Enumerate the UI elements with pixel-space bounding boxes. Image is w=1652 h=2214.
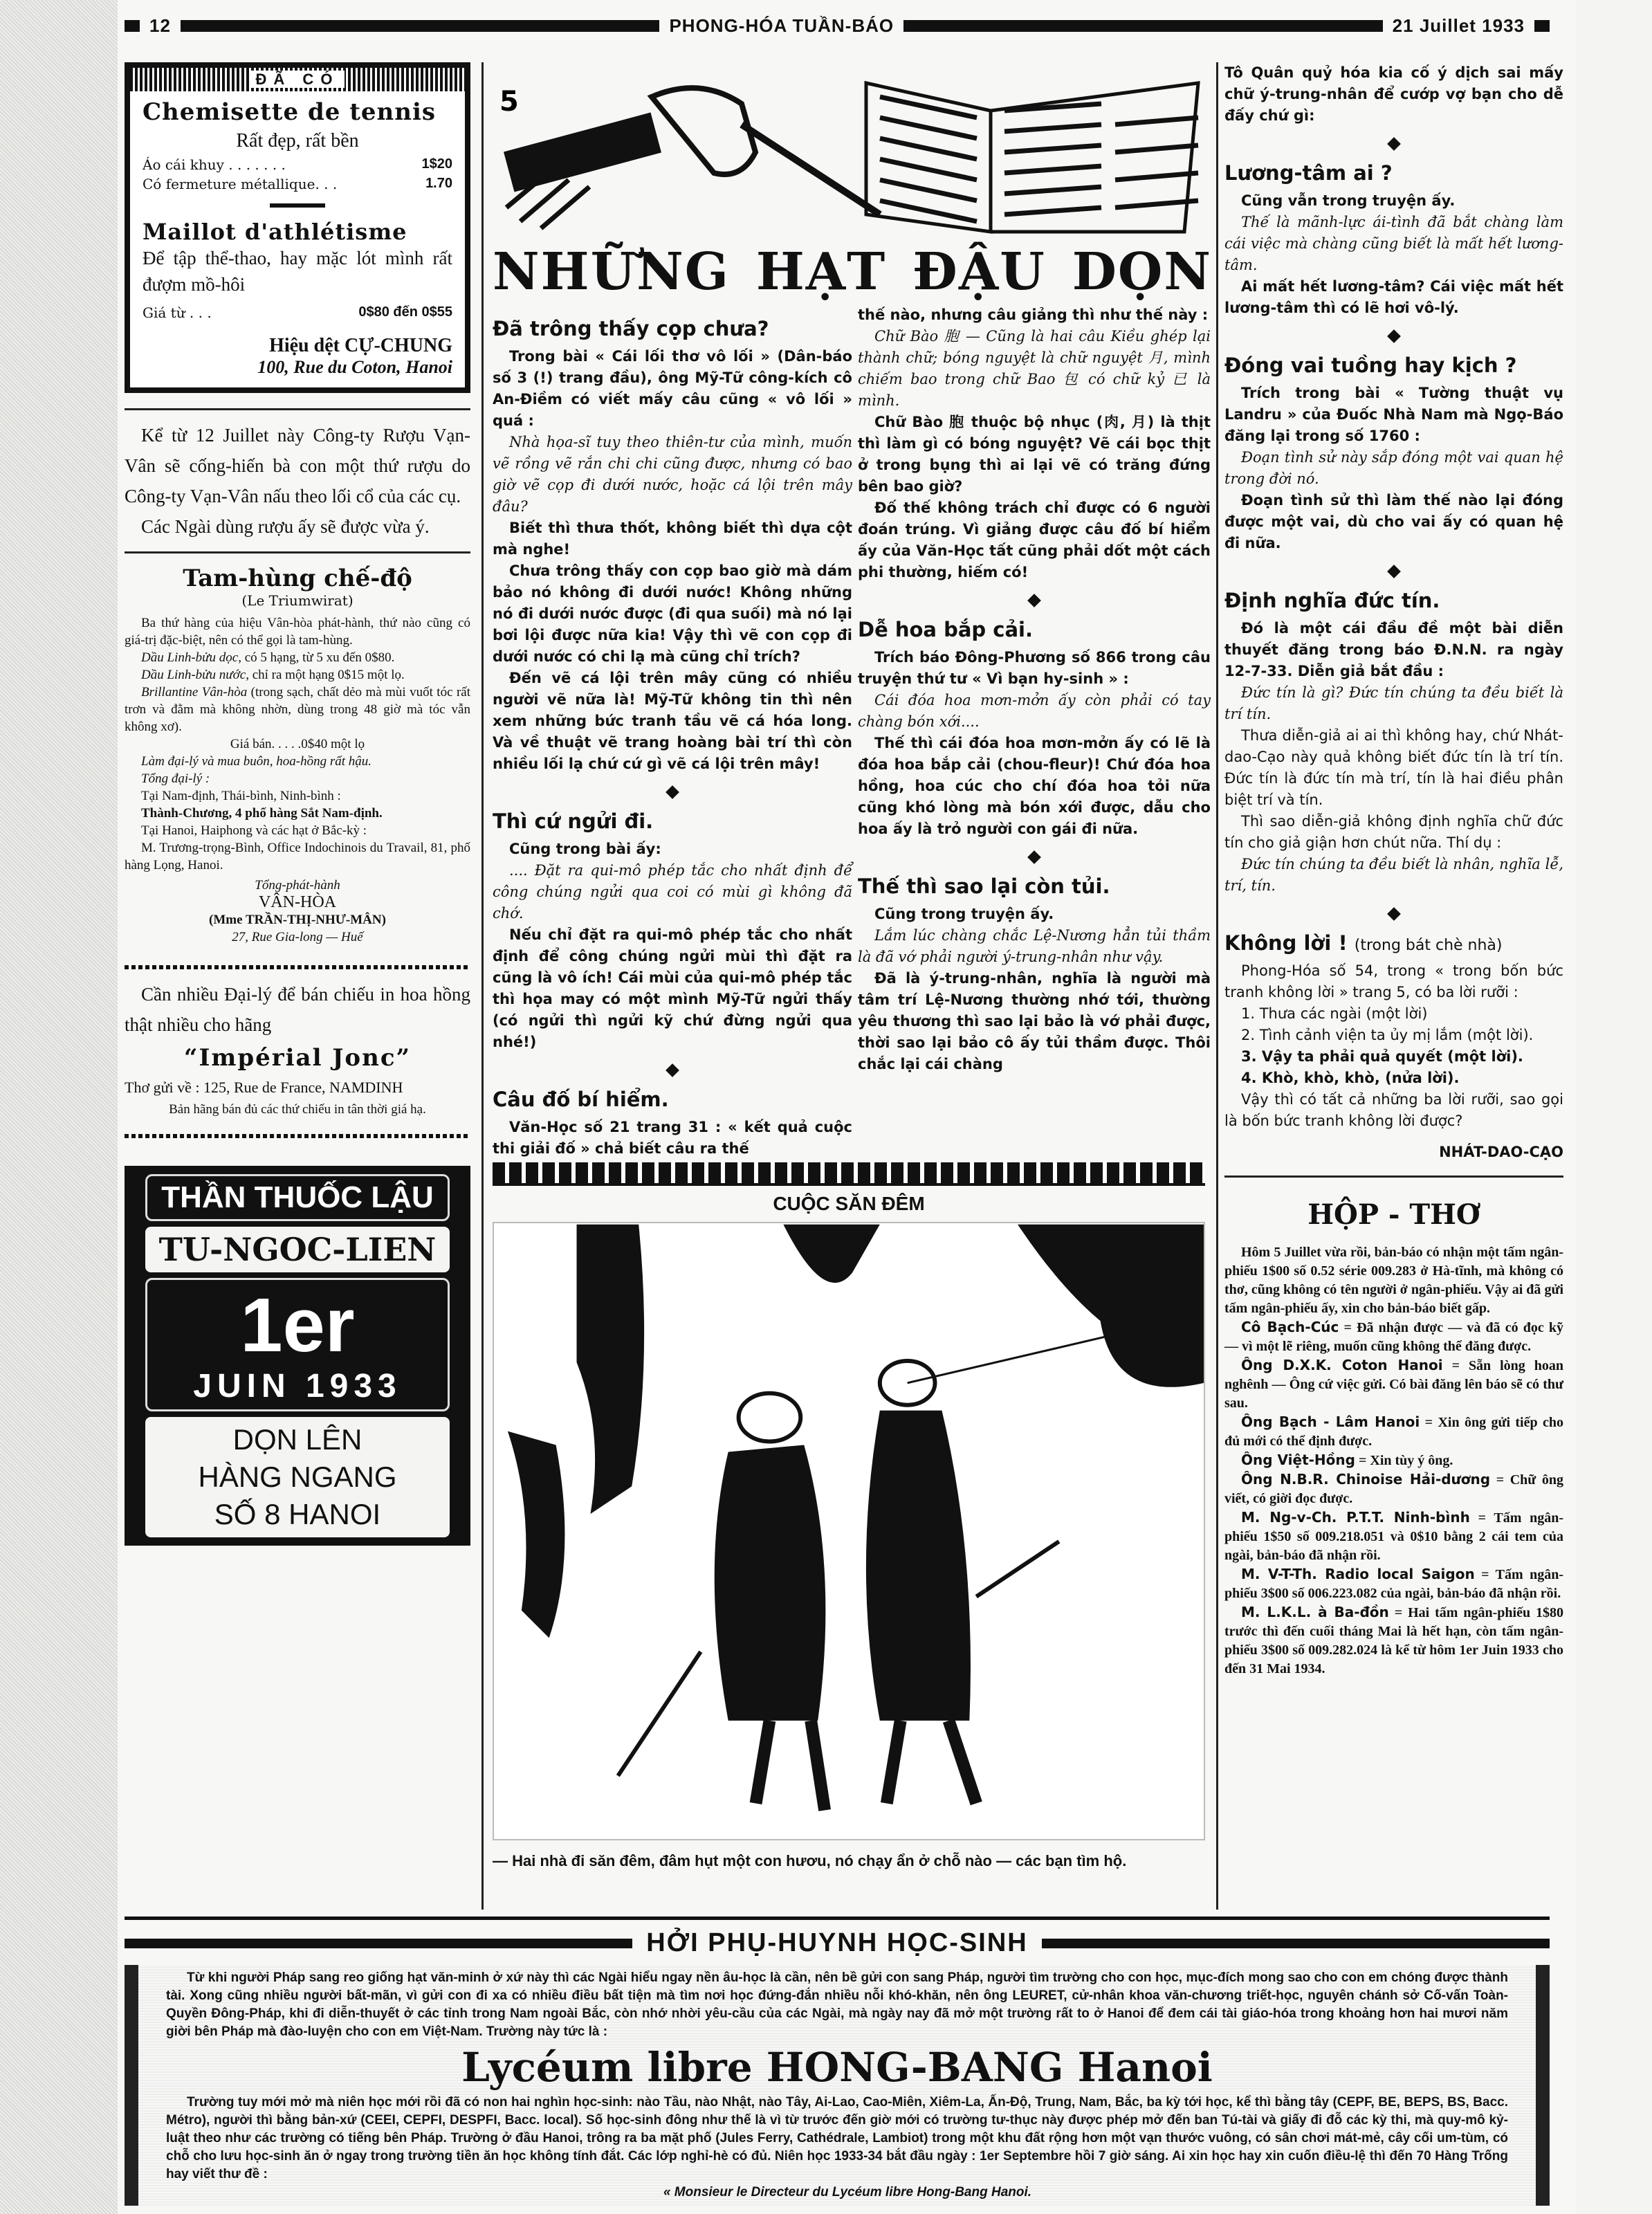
ad-details: Trường tuy mới mở mà niên học mới rồi đã… [166, 2094, 1508, 2184]
ad-subtitle: (Le Triumwirat) [125, 592, 470, 609]
divider [125, 1134, 470, 1138]
article-heading: Định nghĩa đức tín. [1224, 589, 1563, 612]
corner-mark: 5 [499, 86, 519, 118]
masthead-rule [181, 20, 660, 32]
product-chemisette: Chemisette de tennis [143, 98, 452, 126]
masthead: 12 PHONG-HÓA TUẦN-BÁO 21 Juillet 1933 [125, 15, 1550, 36]
product-item: Dầu Linh-bửu nước, chỉ ra một hạng 0$15 … [125, 666, 470, 684]
banner-illustration: 5 [493, 69, 1212, 235]
price-row: Áo cái khuy . . . . . . .1$20 [143, 156, 452, 173]
ornament-icon [1027, 850, 1041, 864]
agent: M. Trương-trọng-Bình, Office Indochinois… [125, 839, 470, 874]
publisher-owner: (Mme TRẦN-THỊ-NHƯ-MÂN) [125, 911, 470, 928]
ad-banner: ĐÃ CÓ [130, 68, 465, 91]
hop-tho-section: HỘP - THƠ Hôm 5 Juillet vừa rồi, bản-báo… [1224, 1198, 1563, 1678]
price-row: Có fermeture métallique. . .1.70 [143, 176, 452, 192]
cartoon-caption: — Hai nhà đi săn đêm, đâm hụt một con hư… [493, 1850, 1205, 1872]
agents-note: Làm đại-lý và mua buôn, hoa-hồng rất hậu… [125, 753, 470, 770]
ornament-icon [1027, 594, 1041, 607]
ad-title: Tam-hùng chế-độ [125, 565, 470, 592]
scan-margin-left [0, 0, 118, 2214]
articles-column-4: Tô Quân quỷ hóa kia cố ý dịch sai mấy ch… [1224, 62, 1563, 1678]
ad-lyceum-hong-bang: HỞI PHỤ-HUYNH HỌC-SINH Từ khi người Pháp… [125, 1916, 1550, 2214]
agent: Thành-Chương, 4 phố hàng Sắt Nam-định. [125, 805, 470, 822]
mailbox-entry: Ông D.X.K. Coton Hanoi = Sẵn lòng hoan n… [1224, 1356, 1563, 1413]
date-line: JUIN 1933 [152, 1367, 443, 1405]
ornament-icon [666, 785, 679, 799]
article-heading: Đóng vai tuồng hay kịch ? [1224, 354, 1563, 377]
publisher: VÂN-HÒA [125, 894, 470, 911]
ad-intro: Từ khi người Pháp sang reo giống hạt văn… [166, 1969, 1508, 2041]
masthead-rule [903, 20, 1383, 32]
school-name: Lycéum libre HONG-BANG Hanoi [166, 2044, 1508, 2091]
ad-tam-hung: Tam-hùng chế-độ (Le Triumwirat) Ba thứ h… [125, 565, 470, 946]
mailbox-entry: M. Ng-v-Ch. P.T.T. Ninh-bình = Tấm ngân-… [1224, 1508, 1563, 1565]
article-heading: Dễ hoa bắp cải. [858, 618, 1211, 641]
publisher-label: Tổng-phát-hành [125, 877, 470, 894]
article-heading: Lương-tâm ai ? [1224, 161, 1563, 185]
ad-title: HỞI PHỤ-HUYNH HỌC-SINH [646, 1928, 1027, 1958]
agent-area: Tại Nam-định, Thái-bình, Ninh-bình : [125, 787, 470, 805]
hunters-drawing-icon [494, 1223, 1204, 1839]
product-desc: Để tập thể-thao, hay mặc lót mình rất đư… [143, 245, 452, 298]
articles-column-2: Đã trông thấy cọp chưa? Trong bài « Cái … [493, 304, 852, 1160]
newspaper-title: PHONG-HÓA TUẦN-BÁO [669, 15, 894, 37]
ad-note: Bản hãng bán đủ các thứ chiếu in tân thờ… [125, 1099, 470, 1120]
ad-van-van: Kể từ 12 Juillet này Công-ty Rượu Vạn-Vâ… [125, 420, 470, 542]
product-maillot: Maillot d'athlétisme [143, 219, 452, 245]
ornament-icon [666, 1063, 679, 1077]
cartoon-border [493, 1162, 1205, 1186]
ornament-icon [1387, 907, 1401, 921]
ornament-icon [1387, 137, 1401, 151]
agent-area: Tại Hanoi, Haiphong và các hạt ở Bắc-kỳ … [125, 822, 470, 839]
ornament-icon [1387, 565, 1401, 578]
header-rule [125, 1939, 632, 1948]
ad-address: Thơ gửi về : 125, Rue de France, NAMDINH [125, 1076, 470, 1099]
masthead-rule [125, 20, 140, 32]
mailbox-entry: Ông Bạch - Lâm Hanoi = Xin ông gửi tiếp … [1224, 1413, 1563, 1451]
divider [1224, 1175, 1563, 1178]
issue-date: 21 Juillet 1933 [1393, 15, 1525, 37]
mailbox-entry: M. L.K.L. à Ba-đồn = Hai tấm ngân-phiếu … [1224, 1603, 1563, 1678]
product-item: Brillantine Vân-hòa (trong sạch, chất dẻ… [125, 684, 470, 735]
ad-intro: Ba thứ hàng của hiệu Vân-hòa phát-hành, … [125, 614, 470, 649]
shop-address: 100, Rue du Coton, Hanoi [143, 357, 452, 378]
ads-column: ĐÃ CÓ Chemisette de tennis Rất đẹp, rất … [125, 62, 470, 1546]
cartoon-title: CUỘC SĂN ĐÊM [493, 1193, 1205, 1215]
header-rule [1042, 1939, 1550, 1948]
mailbox-entry: Ông Việt-Hồng = Xin tùy ý ông. [1224, 1451, 1563, 1470]
agents-label: Tổng đại-lý : [125, 770, 470, 787]
mailbox-entry: M. V-T-Th. Radio local Saigon = Tấm ngân… [1224, 1565, 1563, 1603]
cartoon: CUỘC SĂN ĐÊM — Hai nhà đi săn đêm, đâm h… [493, 1162, 1205, 1872]
section-title: HỘP - THƠ [1224, 1198, 1563, 1231]
divider [270, 203, 325, 208]
masthead-rule [1534, 20, 1550, 32]
divider [125, 551, 470, 553]
product-price: Giá bán. . . . .0$40 một lọ [125, 735, 470, 753]
divider [125, 408, 470, 410]
column-rule [481, 62, 484, 1910]
brand-name: “Impérial Jonc” [125, 1044, 470, 1072]
price-range-row: Giá từ . . .0$80 đến 0$55 [143, 304, 452, 321]
article-heading: Thì cứ ngửi đi. [493, 809, 852, 833]
page-number: 12 [149, 15, 171, 37]
column-rule [1216, 62, 1218, 1910]
signature: NHÁT-DAO-CẠO [1224, 1142, 1563, 1163]
article-heading: Đã trông thấy cọp chưa? [493, 317, 852, 340]
ad-cu-chung: ĐÃ CÓ Chemisette de tennis Rất đẹp, rất … [125, 62, 470, 393]
scan-margin-right [1576, 0, 1652, 2214]
article-heading: Câu đố bí hiểm. [493, 1088, 852, 1111]
article-heading: Thế thì sao lại còn tủi. [858, 875, 1211, 898]
ad-tagline: Rất đẹp, rất bền [143, 130, 452, 152]
articles-column-3: thế nào, nhưng câu giảng thì như thế này… [858, 304, 1211, 1075]
ad-imperial-jonc: Cần nhiều Đại-lý để bán chiếu in hoa hồn… [125, 979, 470, 1120]
cartoon-illustration [493, 1222, 1205, 1840]
product-item: Dầu Linh-bửu dọc, có 5 hạng, từ 5 xu đến… [125, 649, 470, 666]
shop-name: Hiệu dệt CỰ-CHUNG [143, 335, 452, 357]
ad-contact-address: « Monsieur le Directeur du Lycéum libre … [166, 2184, 1508, 2202]
mailbox-entry: Ông N.B.R. Chinoise Hải-dương = Chữ ông … [1224, 1470, 1563, 1508]
mailbox-entry: Cô Bạch-Cúc = Đã nhận được — và đã có đọ… [1224, 1318, 1563, 1356]
date-big: 1er [152, 1284, 443, 1367]
divider [125, 965, 470, 969]
ornament-icon [1387, 329, 1401, 343]
feature-title: NHỮNG HẠT ĐẬU DỌN [493, 242, 1212, 302]
ad-tu-ngoc-lien: THẦN THUỐC LẬU TU-NGOC-LIEN 1er JUIN 193… [125, 1166, 470, 1546]
article-heading: Không lời ! (trong bát chè nhà) [1224, 931, 1563, 955]
publisher-address: 27, Rue Gia-long — Huế [125, 928, 470, 946]
